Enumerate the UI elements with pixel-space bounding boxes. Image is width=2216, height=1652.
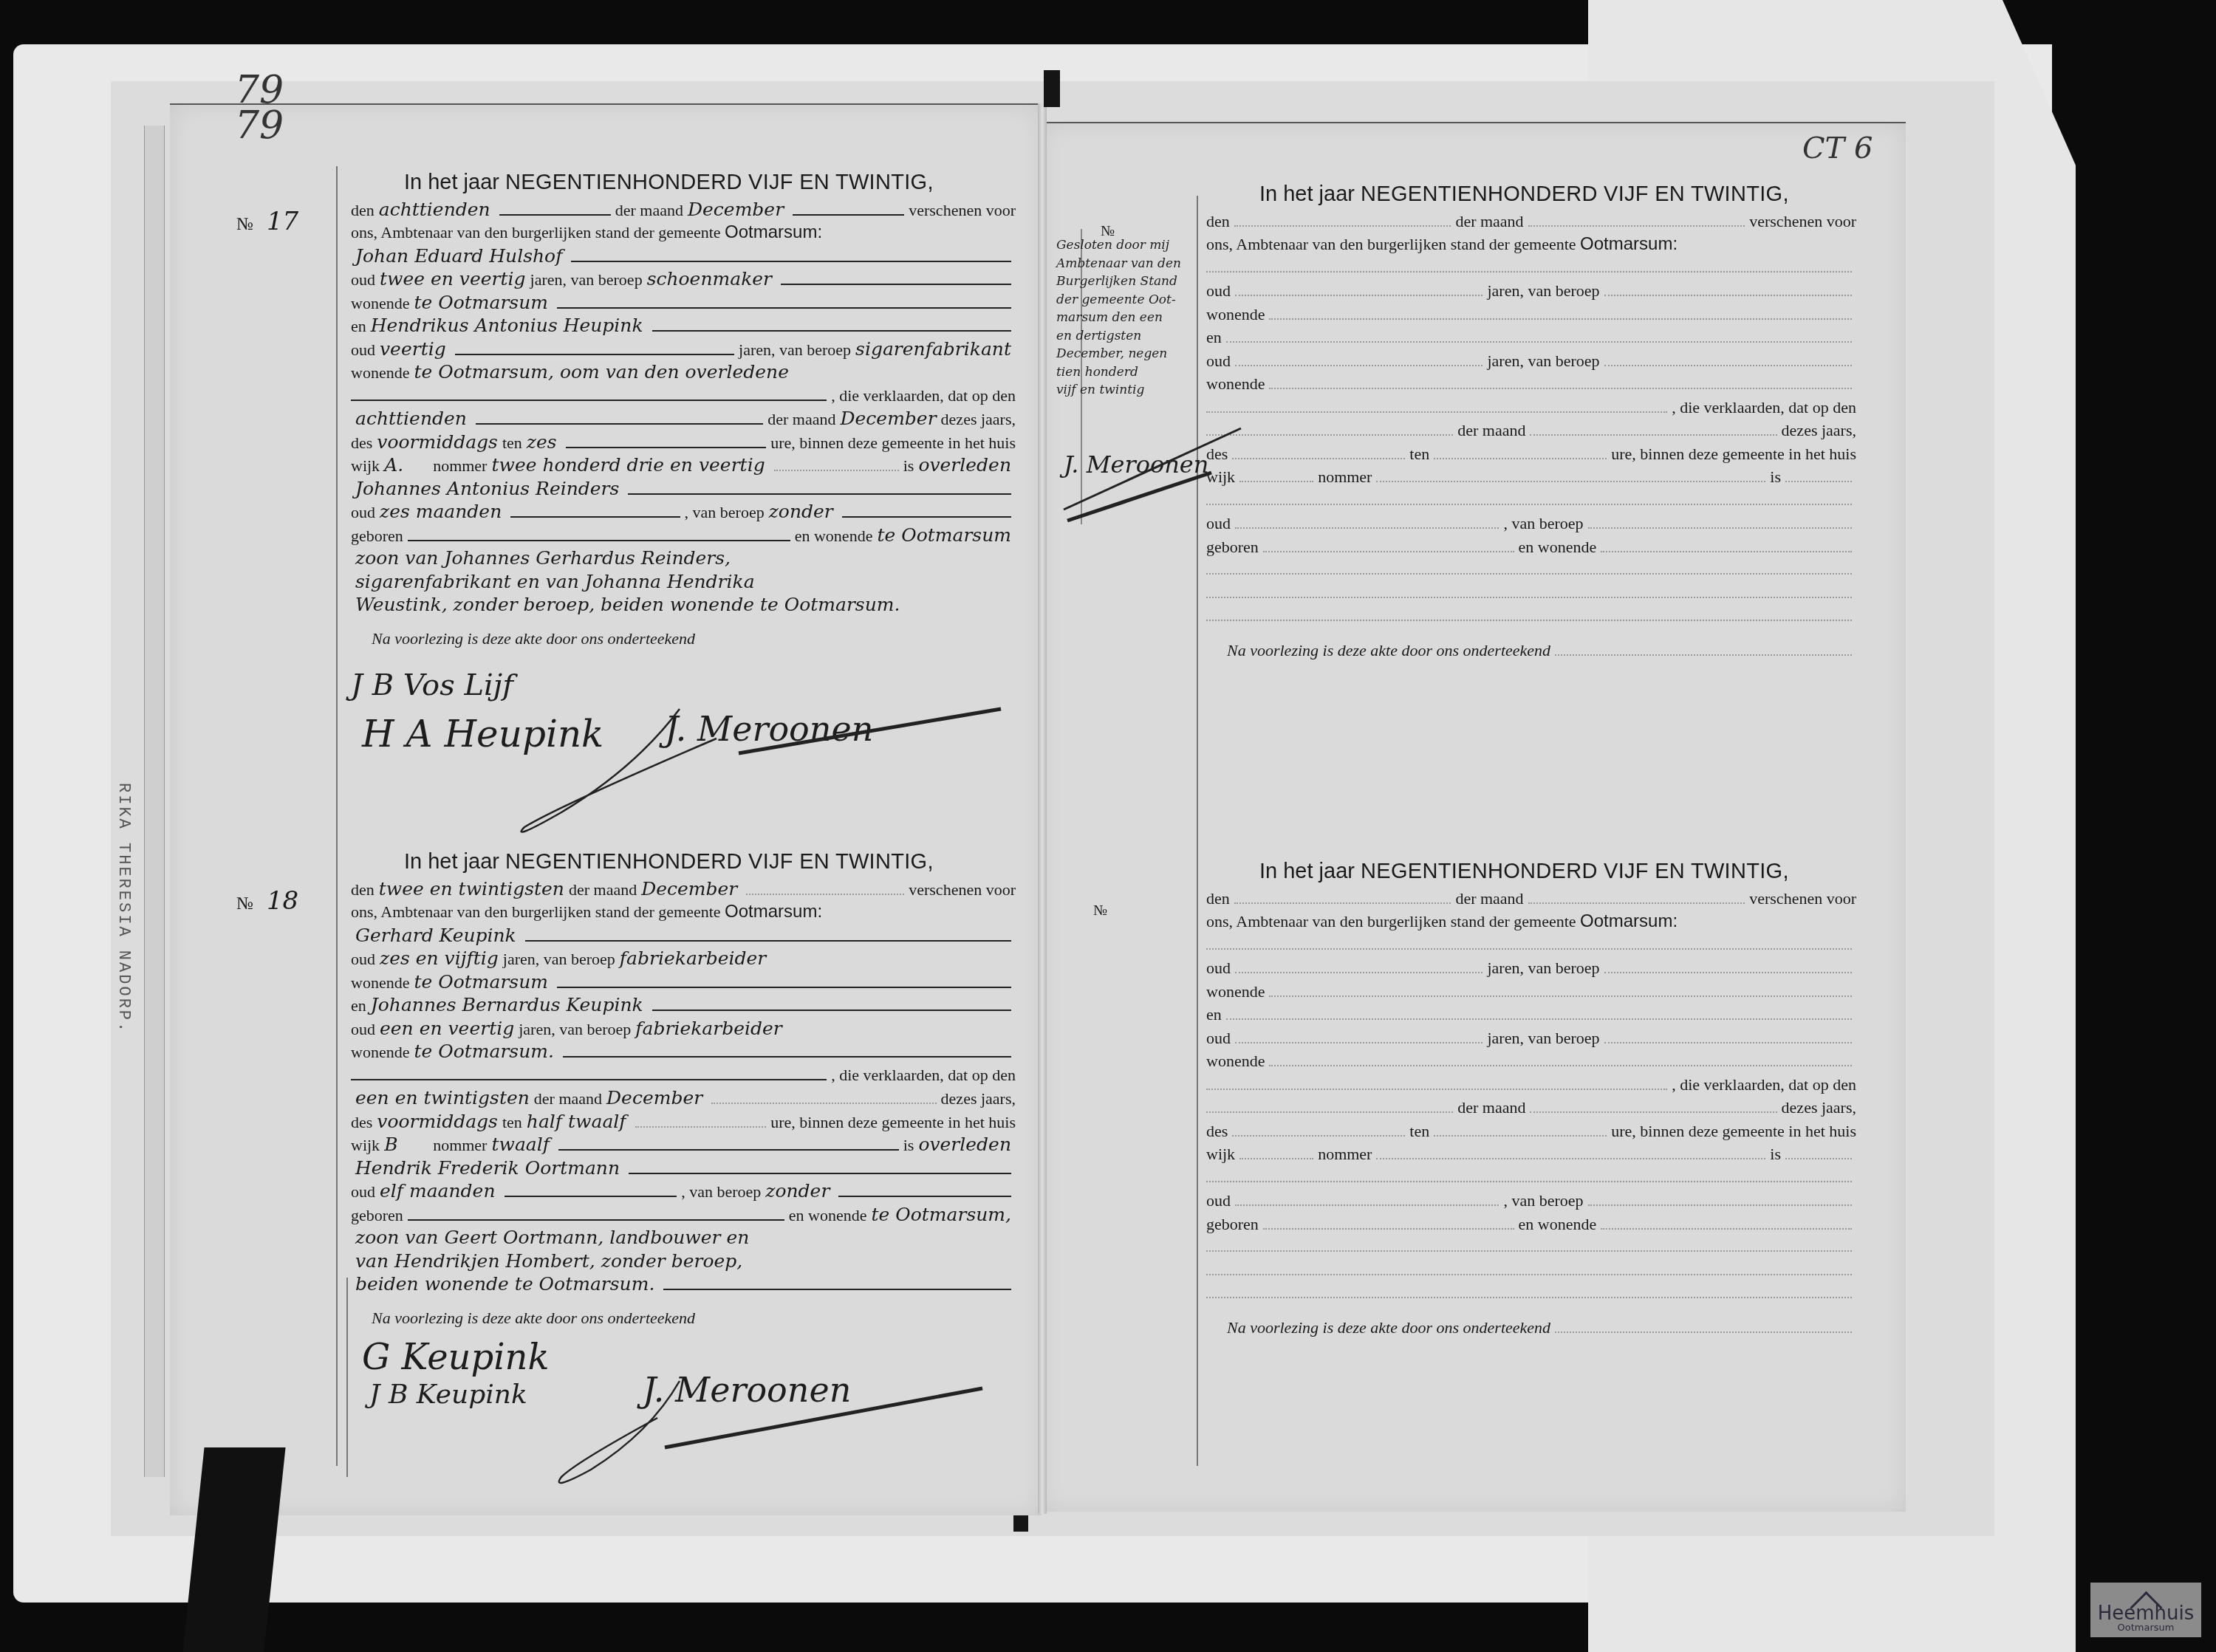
side-label: RIKA THERESIA NADORP. xyxy=(114,783,133,1034)
book-gutter xyxy=(1038,103,1047,1514)
blank-act-top: In het jaar NEGENTIENHONDERD VIJF EN TWI… xyxy=(1206,183,1856,662)
signature: J. Meroonen xyxy=(1064,450,1208,479)
declarant1-name: Johan Eduard Hulshof xyxy=(351,244,567,268)
signature: J. Meroonen xyxy=(665,709,873,749)
deceased-name: Johannes Antonius Reinders xyxy=(351,477,623,501)
closing-text: Na voorlezing is deze akte door ons onde… xyxy=(372,627,695,651)
day-field: achttienden xyxy=(375,198,495,222)
act-title: In het jaar NEGENTIENHONDERD VIJF EN TWI… xyxy=(351,851,1016,874)
signature: H A Heupink xyxy=(362,713,603,755)
page-mark-right: CT 6 xyxy=(1802,131,1873,165)
left-margin-rule xyxy=(336,166,338,1466)
signature: J B Vos Lijf xyxy=(351,668,513,702)
signature: G Keupink xyxy=(362,1337,550,1378)
day-field: twee en twintigsten xyxy=(375,877,569,901)
act-18: In het jaar NEGENTIENHONDERD VIJF EN TWI… xyxy=(351,851,1016,1329)
blank-act-bottom: In het jaar NEGENTIENHONDERD VIJF EN TWI… xyxy=(1206,860,1856,1339)
act-number: №17 xyxy=(236,207,298,236)
binding-clip-bottom xyxy=(1013,1515,1028,1532)
heemhuis-logo: Heemhuis Ootmarsum xyxy=(2090,1583,2201,1637)
month-field: December xyxy=(683,198,788,222)
page-mark-second: 79 xyxy=(235,103,284,148)
act-number-blank: № xyxy=(1093,902,1107,919)
signature: J. Meroonen xyxy=(643,1370,851,1410)
act-17: In het jaar NEGENTIENHONDERD VIJF EN TWI… xyxy=(351,171,1016,650)
closing-text: Na voorlezing is deze akte door ons onde… xyxy=(372,1306,695,1330)
side-strip xyxy=(144,126,165,1477)
signature: J B Keupink xyxy=(369,1379,527,1410)
act-number: №18 xyxy=(236,886,298,916)
declarant1-name: Gerhard Keupink xyxy=(351,924,521,947)
declarant2-name: Hendrikus Antonius Heupink xyxy=(366,314,648,337)
act-title: In het jaar NEGENTIENHONDERD VIJF EN TWI… xyxy=(351,171,1016,195)
deceased-name: Hendrik Frederik Oortmann xyxy=(351,1156,624,1180)
binding-clip-top xyxy=(1044,70,1060,107)
month-field: December xyxy=(637,877,742,901)
declarant2-name: Johannes Bernardus Keupink xyxy=(366,993,648,1017)
